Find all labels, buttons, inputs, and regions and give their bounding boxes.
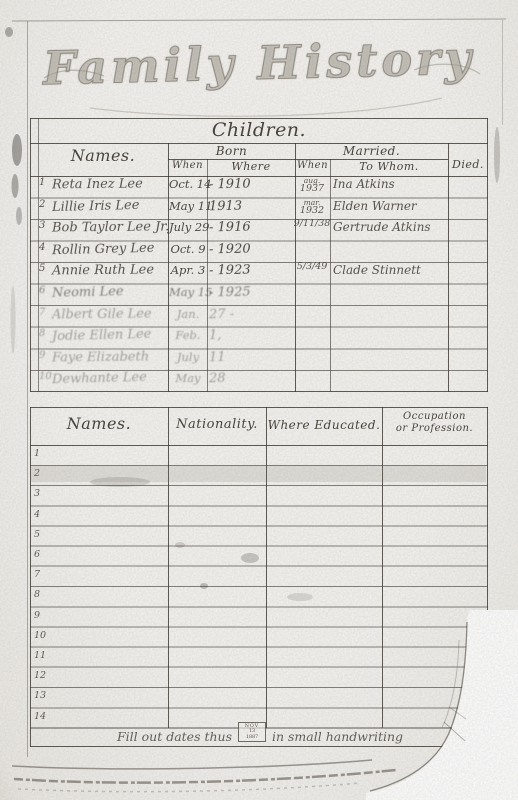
married-to-value: Gertrude Atkins — [333, 220, 431, 234]
roster-row: 6 — [0, 549, 518, 569]
children-section-title: Children. — [30, 119, 488, 141]
roster-row: 8 — [0, 589, 518, 609]
row-number: 1 — [39, 177, 45, 188]
col-header-married-to-whom: To Whom. — [330, 160, 448, 173]
children-row: 9 Faye Elizabeth July 11 — [0, 350, 518, 371]
born-where-value: - 1916 — [209, 220, 251, 236]
roster-row-number: 1 — [34, 448, 40, 459]
date-box-year: 1887 — [246, 735, 258, 740]
married-when-year: 1932 — [300, 207, 324, 215]
children-row: 5 Annie Ruth Lee Apr. 3 - 1923 5/3/49 Cl… — [0, 263, 518, 284]
born-when-value: Oct. 14 — [169, 177, 207, 191]
page-title: Family History — [29, 30, 488, 95]
col-header-married: Married. — [295, 144, 448, 158]
child-name: Rollin Grey Lee — [52, 241, 155, 258]
roster-row-number: 4 — [34, 509, 40, 520]
roster-row: 10 — [0, 630, 518, 650]
children-row: 2 Lillie Iris Lee May 11 1913 mar.1932 E… — [0, 199, 518, 220]
born-when-value: May — [169, 371, 207, 385]
roster-header-where-educated: Where Educated. — [266, 418, 382, 432]
born-when-value: Jan. — [169, 307, 207, 321]
child-name: Lillie Iris Lee — [52, 198, 140, 215]
roster-row: 3 — [0, 488, 518, 508]
row-number: 4 — [39, 242, 45, 253]
row-number: 8 — [39, 328, 45, 339]
row-number: 10 — [39, 371, 52, 382]
child-name: Albert Gile Lee — [52, 307, 152, 323]
born-where-value: 11 — [209, 350, 226, 365]
footer-instruction: Fill out dates thus Nov 13 1887 in small… — [70, 724, 450, 744]
roster-header-names: Names. — [30, 414, 168, 433]
roster-row-number: 3 — [34, 488, 40, 499]
child-name: Bob Taylor Lee Jr. — [52, 219, 169, 235]
born-when-value: Oct. 9 — [169, 242, 207, 256]
roster-row-number: 2 — [34, 468, 40, 479]
married-when-value: aug.1937 — [295, 177, 329, 193]
roster-row: 5 — [0, 529, 518, 549]
roster-header-nationality: Nationality. — [168, 417, 266, 432]
born-when-value: Apr. 3 — [169, 263, 207, 277]
children-row: 4 Rollin Grey Lee Oct. 9 - 1920 — [0, 242, 518, 263]
born-where-value: - 1910 — [209, 177, 251, 193]
roster-row-number: 10 — [34, 630, 46, 641]
child-name: Faye Elizabeth — [52, 350, 149, 366]
married-when-value: mar.1932 — [295, 199, 329, 215]
roster-row-number: 14 — [34, 711, 46, 722]
row-number: 3 — [39, 220, 45, 231]
roster-row: 1 — [0, 448, 518, 468]
row-number: 9 — [39, 350, 45, 361]
born-where-value: 1913 — [209, 199, 242, 215]
married-to-value: Ina Atkins — [333, 177, 395, 191]
roster-row-number: 11 — [34, 650, 46, 661]
children-row: 7 Albert Gile Lee Jan. 27 - — [0, 307, 518, 328]
married-to-value: Clade Stinnett — [333, 263, 421, 277]
footer-instruction-prefix: Fill out dates thus — [117, 729, 232, 744]
row-number: 5 — [39, 263, 45, 274]
child-name: Jodie Ellen Lee — [52, 327, 152, 344]
col-header-names: Names. — [38, 146, 168, 165]
roster-row: 7 — [0, 569, 518, 589]
children-row: 8 Jodie Ellen Lee Feb. 1, — [0, 328, 518, 349]
roster-row-number: 8 — [34, 589, 40, 600]
child-name: Neomi Lee — [52, 284, 124, 301]
scanned-family-history-page: Family History — [0, 0, 518, 800]
footer-instruction-suffix: in small handwriting — [272, 729, 403, 744]
born-when-value: July — [169, 350, 207, 364]
roster-row-number: 6 — [34, 549, 40, 560]
roster-row: 4 — [0, 509, 518, 529]
roster-row-number: 7 — [34, 569, 40, 580]
roster-row-number: 5 — [34, 529, 40, 540]
born-where-value: 27 - — [209, 307, 234, 322]
child-name: Annie Ruth Lee — [52, 263, 154, 279]
married-when-year: 1937 — [300, 185, 324, 193]
children-row: 6 Neomi Lee May 15 - 1925 — [0, 285, 518, 306]
roster-row: 12 — [0, 670, 518, 690]
children-row: 1 Reta Inez Lee Oct. 14 - 1910 aug.1937 … — [0, 177, 518, 198]
born-when-value: Feb. — [169, 328, 207, 342]
born-where-value: - 1920 — [209, 242, 251, 258]
born-where-value: - 1923 — [209, 263, 251, 279]
born-when-value: May 11 — [169, 199, 207, 213]
col-header-born-where: Where — [207, 160, 295, 173]
child-name: Dewhante Lee — [52, 370, 147, 387]
roster-row: 2 — [0, 468, 518, 488]
born-when-value: May 15 — [169, 285, 207, 299]
roster-header-occupation-line1: Occupation — [382, 411, 487, 422]
roster-row-number: 9 — [34, 610, 40, 621]
born-where-value: 28 — [209, 371, 226, 386]
married-to-value: Elden Warner — [333, 199, 417, 213]
child-name: Reta Inez Lee — [52, 177, 143, 193]
row-number: 2 — [39, 199, 45, 210]
married-when-value: 5/3/49 — [295, 263, 329, 271]
born-where-value: - 1925 — [209, 285, 251, 301]
married-when-year: 9/11/38 — [294, 220, 331, 228]
born-when-value: July 29 — [169, 220, 207, 234]
row-number: 6 — [39, 285, 45, 296]
roster-row-number: 13 — [34, 690, 46, 701]
children-row: 3 Bob Taylor Lee Jr. July 29 - 1916 9/11… — [0, 220, 518, 241]
born-where-value: 1, — [209, 328, 222, 343]
roster-row: 11 — [0, 650, 518, 670]
date-format-box: Nov 13 1887 — [238, 722, 266, 742]
col-header-married-when: When — [295, 160, 330, 171]
roster-row-number: 12 — [34, 670, 46, 681]
roster-header-occupation-line2: or Profession. — [382, 423, 487, 434]
married-when-value: 9/11/38 — [295, 220, 329, 228]
married-when-year: 5/3/49 — [297, 263, 328, 271]
row-number: 7 — [39, 307, 45, 318]
col-header-born-when: When — [168, 160, 207, 171]
roster-row: 13 — [0, 690, 518, 710]
col-header-died: Died. — [448, 158, 488, 171]
col-header-born: Born — [168, 144, 295, 158]
children-row: 10 Dewhante Lee May 28 — [0, 371, 518, 392]
roster-row: 9 — [0, 610, 518, 630]
